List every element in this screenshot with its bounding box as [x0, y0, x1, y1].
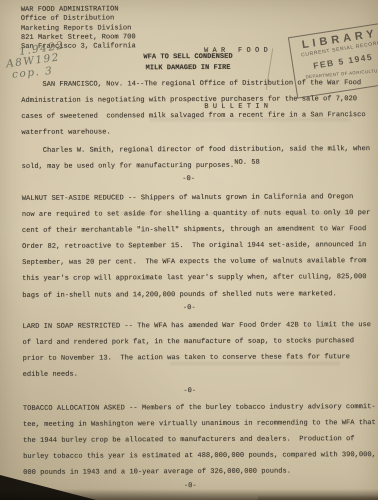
scanned-bulletin-page: WAR FOOD ADMINISTRATION Office of Distri… — [0, 0, 378, 500]
ink-bleedthrough-smudge — [150, 118, 350, 121]
section-divider-3: -0- — [1, 382, 378, 400]
lard-story: LARD IN SOAP RESTRICTED -- The WFA has a… — [22, 317, 371, 383]
section-divider-2: -0- — [0, 299, 378, 317]
scan-bottom-right-edge — [258, 495, 378, 500]
milk-story-paragraph-1: SAN FRANCISCO, Nov. 14--The regional Off… — [21, 75, 366, 141]
bulletin-headline: WFA TO SELL CONDENSED MILK DAMAGED IN FI… — [0, 51, 377, 74]
ink-bleedthrough-smudge — [120, 212, 350, 215]
section-divider-1: -0- — [0, 170, 378, 188]
page-content: WAR FOOD ADMINISTRATION Office of Distri… — [0, 0, 378, 500]
ink-bleedthrough-smudge — [170, 362, 340, 365]
walnut-story: WALNUT SET-ASIDE REDUCED -- Shippers of … — [22, 189, 371, 303]
tobacco-story: TOBACCO ALLOCATION ASKED -- Members of t… — [23, 399, 376, 481]
